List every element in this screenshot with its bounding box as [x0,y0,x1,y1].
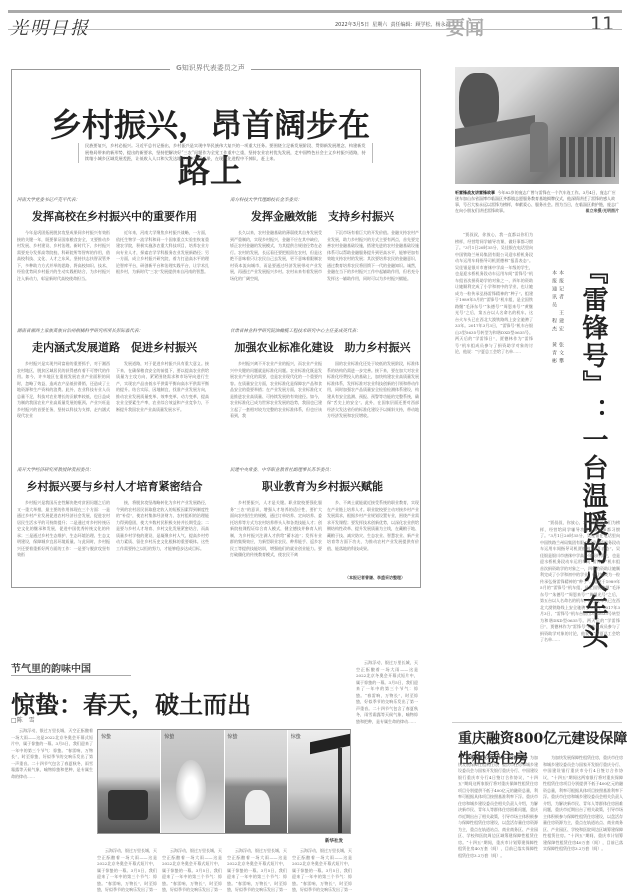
leifeng-reporters: 本报记者 王建宏 张文攀 本报通讯员 程杰 黄青彬 [545,270,565,366]
article-byline: 甘肃省林业科学研究院油橄榄工程技术研究中心主任姜成英代表： [230,328,361,334]
poster-pavilion: 惊蛰 [288,730,350,833]
article-column: 长久以来，农村金融基础的薄弱使其自身发展受到严重制约，实现乡村振兴，金融不应在其… [230,230,322,300]
article-column: 今年是巩固拓展脱贫攻坚成果同乡村振兴有效衔接的关键一年，既要保证国家粮食安全，又… [17,230,110,300]
article-title: 发挥高校在乡村振兴中的重要作用 [17,208,212,224]
page-number: 11 [590,13,614,35]
poster-field: 惊蛰 [225,730,287,833]
chongqing-body: 新华社重庆3月4日电（记者周凯）为加快发展保障性租赁住房，重庆市住房和城乡建设委… [458,755,538,890]
leifeng-body-continued: “贾叔叔，你放心，我一直都以你们为榜样，经营给同学辅导功课，做好事都习惯了。”3… [540,520,620,710]
article-byline: 南方科技大学代理副校长金李委员： [230,197,302,203]
farmer-icon [245,790,270,825]
masthead-top-rule [8,10,622,13]
pavilion-roof-icon [310,734,350,755]
article-column: 下沉市场有着巨大的开发价值。金融支持农村产业发展，助力乡村振兴的方式主要有两点，… [327,230,419,300]
article-title: 发挥金融效能 支持乡村振兴 [230,208,415,224]
solar-term-body-col6: 云海浮动，银过万里长城，天空正酝酿着一场大雨——这是2022北京冬奥会开幕式短片… [356,660,418,893]
photo-caption-title: 听雷锋战友讲雷锋故事 [455,190,495,195]
editors: 责任编辑：顾学松、杨永磊 [390,22,450,28]
article-column: 乡村振兴是实现共同富裕的重要抓手，对于湘西农村地区，脱贫区域居民的获得感有着不可… [17,361,110,425]
newspaper-logo: 光明日报 [10,14,90,40]
students-group [560,137,615,177]
article-column: 乡村要振兴，人才是关键。职业院校要强化服务“三农”的意识，增强人才培养的适应性，… [230,500,322,580]
poster-tractor: 惊蛰 [98,730,160,833]
feature-lead: 民族要复兴，乡村必振兴。习近平总书记指出，乡村振兴是实现中华民族伟大复兴的一项重… [78,143,373,163]
photo-credit: 崔立来摄/光明图片 [586,208,619,214]
solar-term-author: □陈 雪 [11,715,35,724]
leifeng-photo [455,67,619,184]
article-column: 近年来，河南大学聚焦乡村振兴战略，一方面，依托生物学一流学科和同一个国家重点实验… [116,230,209,300]
solar-term-title: 惊蛰：春天，破土而出 [11,685,251,720]
photo-caption: 听雷锋战友讲雷锋故事 今年82岁的庞志广曾与雷锋在一个汽车连工作。3月4日，庞志… [455,190,619,214]
article-byline: 民建中央常委、中华职业教育社副理事长苏华委员： [230,467,334,473]
poster-strip: 惊蛰 惊蛰 惊蛰 惊蛰 [97,729,351,834]
article-column: 国的农业标准化还处于较低的发展阶段，标准体系的结构仍需进一步完善。接下来，要在加… [327,361,419,425]
solar-term-body-col4: 云海浮动，银过万里长城，天空正酝酿着一场大雨——这是2022北京冬奥会开幕式短片… [227,848,287,893]
chongqing-body-col2: 为加快发展保障性租赁住房，重庆市住房和城乡建设委员会与国家开发银行重庆分行、中国… [543,755,623,890]
poster-credit: 新华社发 [325,838,343,844]
solar-term-body-col2: 云海浮动，银过万里长城，天空正酝酿着一场大雨——这是2022北京冬奥会开幕式短片… [97,848,157,893]
section-name: 要闻 [446,13,484,40]
article-byline: 河南大学党委书记卢克平代表： [17,197,80,203]
column-tag: 节气里的韵味中国 [11,660,91,675]
feature-kicker: G知识界代表委员之声 [170,63,251,73]
tractor-icon [108,790,148,820]
blossom-icon [176,760,206,820]
pavilion-pillar [338,748,342,833]
article-byline: 南开大学经济研究所教授钟茂初委员： [17,467,94,473]
article-title: 走内涵式发展道路 促进乡村振兴 [17,339,212,355]
solar-term-body-col3: 云海浮动，银过万里长城，天空正酝酿着一场大雨——这是2022北京冬奥会开幕式短片… [162,848,222,893]
article-column: 乡村振兴离不开农业产业的振兴，而农业产业振兴中关键的问题就是标准化问题。农业标准… [230,361,322,425]
article-title: 职业教育为乡村振兴赋能 [230,478,415,494]
article-title: 加强农业标准化建设 助力乡村振兴 [230,339,415,355]
issue-weekday: 星期六 [372,22,387,28]
masthead-meta: 2022年3月5日 星期六 责任编辑：顾学松、杨永磊 [335,21,451,28]
article-byline: 湖南省湘西土家族苗族自治州柑橘科学研究所所长彭际淼代表： [17,328,143,334]
chongqing-rule [452,722,622,723]
leifeng-body: “贾叔叔，你放心，我一直都以你们为榜样，经营给同学辅导功课，做好事都习惯了。”3… [455,232,533,672]
solar-term-body-col5: 云海浮动，银过万里长城，天空正酝酿着一场大雨——这是2022北京冬奥会开幕式短片… [292,848,352,893]
masthead-bottom-rule [8,29,622,30]
article-column: 接，将脱贫攻坚战略转化为乡村产业发展路径，令到的农村居民获取稳定收入的短板因素得… [116,500,209,580]
poster-blossom: 惊蛰 [161,730,223,833]
column-tag-rule [11,675,131,676]
article-signature: （本报记者曾谦、李盛采访整理） [345,575,405,581]
article-column: 发展道路，对于促进乡村振兴具有重大意义。接下来，在确保粮食安全的前提下，要以提高… [116,361,209,425]
article-title: 乡村振兴要与乡村人才培育紧密结合 [17,478,212,494]
article-column: 乡村振兴是我国历史性解决绝对贫困问题之后的又一重大举措，最主要的作用体现在三个方… [17,500,110,580]
article-column: 乡、不离土就能就近接受系统的职业教育，实现在产业链上培养人才。职业院校要主动对接… [327,500,419,572]
solar-term-body: 云海浮动，银过万里长城，天空正酝酿着一场大雨——这是2022北京冬奥会开幕式短片… [11,728,93,893]
speaker-figure [530,122,548,172]
issue-date: 2022年3月5日 [335,22,369,28]
